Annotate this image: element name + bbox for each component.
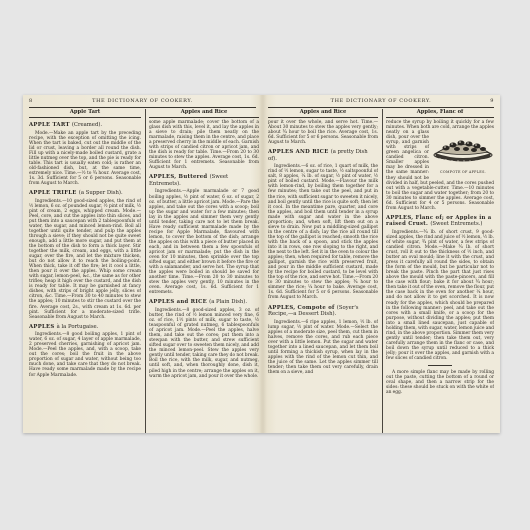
column-heading: Apples and Rice <box>149 109 259 118</box>
entry-list: reduce the syrup by boiling it quickly f… <box>386 120 494 395</box>
column: Apple Tart APPLE TART (Creamed).Mode.—Ma… <box>29 109 141 433</box>
recipe-body: reduce the syrup by boiling it quickly f… <box>386 120 494 211</box>
page-number: 9 <box>490 98 494 104</box>
running-header: 8 The Dictionary of Cookery. <box>29 98 256 106</box>
recipe-title-text: APPLE TRIFLE <box>29 190 79 196</box>
compote-dish-icon <box>432 133 494 163</box>
recipe-title: APPLES, Buttered (Sweet Entremets). <box>149 174 259 187</box>
column: Apples, Flanc of reduce the syrup by boi… <box>386 109 494 433</box>
recipe-title: APPLE TART (Creamed). <box>29 122 141 129</box>
header-rule <box>268 107 494 108</box>
recipe-subtitle: (Sweet Entremets.) <box>430 221 482 227</box>
recipe-subtitle: (a Plain Dish). <box>209 299 247 305</box>
column-rule <box>382 109 383 433</box>
running-header: The Dictionary of Cookery. 9 <box>268 98 494 106</box>
recipe-body: A more simple flanc may be made by rolli… <box>386 370 494 395</box>
recipe-subtitle: à la Portugaise. <box>57 324 99 330</box>
right-page: The Dictionary of Cookery. 9 Apples and … <box>262 95 500 433</box>
recipe-title-text: APPLES and RICE <box>149 299 209 305</box>
entry-list: APPLE TART (Creamed).Mode.—Make an apple… <box>29 122 141 378</box>
recipe-title-text: APPLES, Compote of <box>268 305 337 311</box>
entry-list: pour it over the whole, and serve hot. T… <box>268 120 378 375</box>
compote-of-apples-illustration: Compote of Apples. <box>432 131 494 175</box>
section-divider <box>428 365 452 366</box>
figure-caption: Compote of Apples. <box>432 170 494 175</box>
recipe-body: Ingredients.—6 ripe apples, 1 lemon, ½ l… <box>268 320 378 376</box>
column: Apples and Rice pour it over the whole, … <box>268 109 378 433</box>
recipe-title: APPLE TRIFLE (a Supper Dish). <box>29 190 141 197</box>
header-rule <box>29 107 256 108</box>
book-gutter <box>259 95 267 433</box>
left-page: 8 The Dictionary of Cookery. Apple Tart … <box>23 95 262 433</box>
book-title: The Dictionary of Cookery. <box>29 98 256 104</box>
column-rule <box>145 109 146 433</box>
recipe-subtitle: (Creamed). <box>72 122 102 128</box>
recipe-body: some apple marmalade; cover the bottom o… <box>149 120 259 170</box>
recipe-subtitle: (a Supper Dish). <box>79 190 123 196</box>
recipe-title-text: APPLES <box>29 324 57 330</box>
recipe-body: pour it over the whole, and serve hot. T… <box>268 120 378 145</box>
recipe-title: APPLES, Flanc of; or Apples in a raised … <box>386 215 494 228</box>
recipe-body: Ingredients.—¾ lb. of short crust, 9 goo… <box>386 230 494 361</box>
recipe-title-text: APPLES, Buttered <box>149 174 210 180</box>
recipe-body: Ingredients.—10 good-sized apples, the r… <box>29 199 141 320</box>
entry-list: some apple marmalade; cover the bottom o… <box>149 120 259 379</box>
recipe-body: Ingredients.—6 oz. of rice, 1 quart of m… <box>268 164 378 300</box>
recipe-title: APPLES, Compote of (Soyer's Recipe,—a De… <box>268 305 378 318</box>
recipe-body: Ingredients.—8 good-sized apples, 3 oz. … <box>149 308 259 379</box>
column: Apples and Rice some apple marmalade; co… <box>149 109 259 433</box>
recipe-title-text: APPLES AND RICE <box>268 149 331 155</box>
recipe-body: Mode.—Make an apple tart by the precedin… <box>29 131 141 187</box>
column-heading: Apples, Flanc of <box>386 109 494 118</box>
recipe-title: APPLES and RICE (a Plain Dish). <box>149 299 259 306</box>
column-heading: Apple Tart <box>29 109 141 118</box>
column-heading: Apples and Rice <box>268 109 378 118</box>
cookbook-page-spread: 8 The Dictionary of Cookery. Apple Tart … <box>23 95 500 433</box>
book-title: The Dictionary of Cookery. <box>268 98 494 104</box>
recipe-title-text: APPLE TART <box>29 122 72 128</box>
recipe-title: APPLES AND RICE (a pretty Dish of). <box>268 149 378 162</box>
recipe-body: Ingredients.—8 good boiling apples, 1 pi… <box>29 332 141 377</box>
recipe-title: APPLES à la Portugaise. <box>29 324 141 331</box>
recipe-body: Ingredients.—Apple marmalade or 7 good b… <box>149 189 259 295</box>
